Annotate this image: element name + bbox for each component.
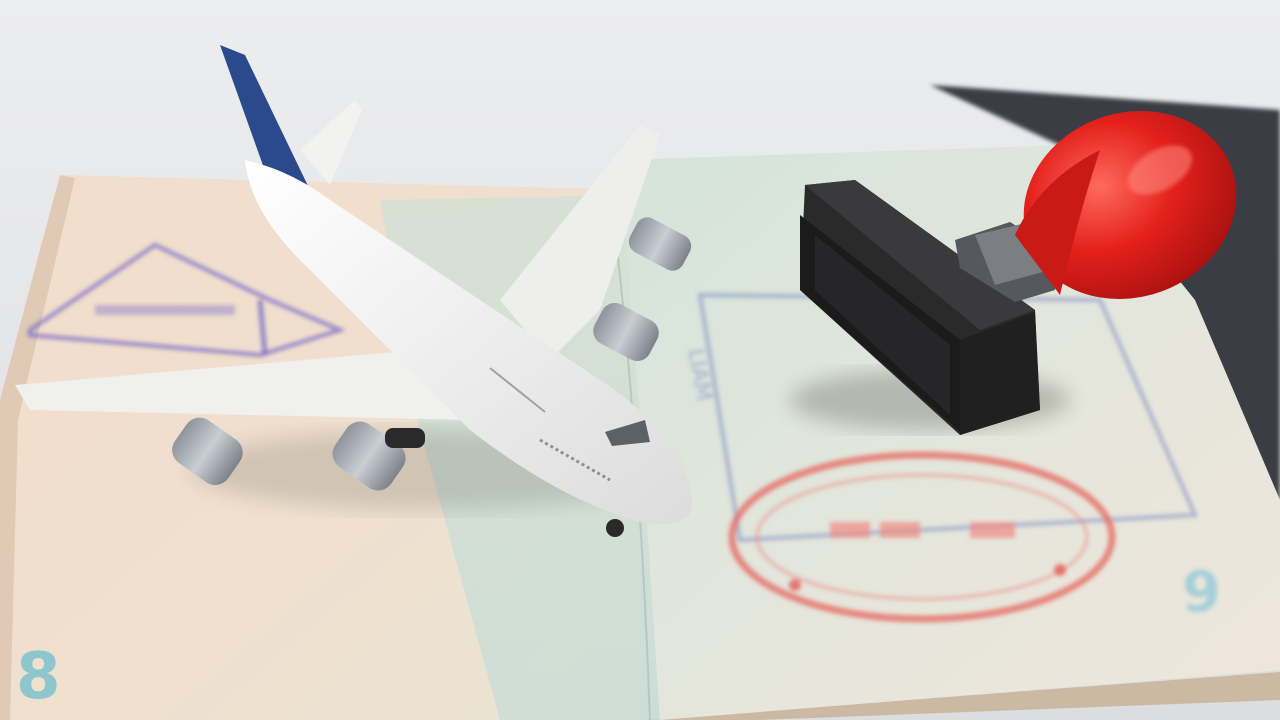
photo-scene: LIAM <box>0 0 1280 720</box>
photo-illustration: LIAM <box>0 0 1280 720</box>
passport-page-number-left: 8 <box>16 640 61 714</box>
passport-page-number-right: 9 <box>1182 560 1221 625</box>
